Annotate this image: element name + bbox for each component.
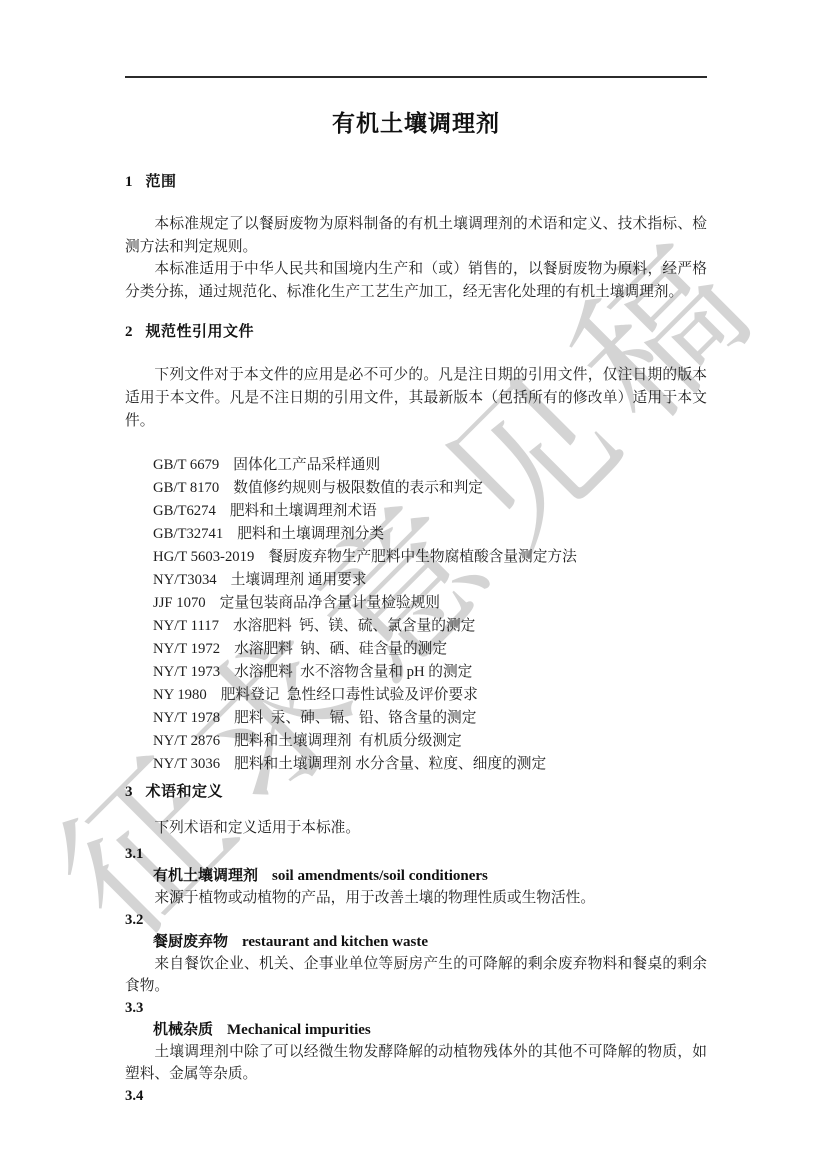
- reference-item: GB/T32741肥料和土壤调理剂分类: [153, 523, 707, 546]
- reference-title: 肥料登记 急性经口毒性试验及评价要求: [221, 687, 478, 703]
- reference-item: GB/T 8170数值修约规则与极限数值的表示和判定: [153, 477, 707, 500]
- term-name-en: Mechanical impurities: [227, 1022, 371, 1038]
- section-1-heading: 1范围: [125, 171, 707, 193]
- reference-title: 餐厨废弃物生产肥料中生物腐植酸含量测定方法: [268, 549, 576, 565]
- reference-code: NY/T 3036: [153, 756, 220, 772]
- reference-code: GB/T 6679: [153, 457, 219, 473]
- reference-title: 数值修约规则与极限数值的表示和判定: [233, 480, 483, 496]
- term-number: 3.2: [125, 909, 707, 931]
- reference-item: NY/T 1117水溶肥料 钙、镁、硫、氯含量的测定: [153, 615, 707, 638]
- reference-code: HG/T 5603-2019: [153, 549, 254, 565]
- reference-title: 定量包装商品净含量计量检验规则: [220, 595, 440, 611]
- reference-item: GB/T6274肥料和土壤调理剂术语: [153, 500, 707, 523]
- section-3-intro: 下列术语和定义适用于本标准。: [125, 817, 707, 840]
- section-3-number: 3: [125, 784, 133, 800]
- term-number: 3.3: [125, 997, 707, 1019]
- term-name-zh: 餐厨废弃物: [153, 933, 228, 950]
- reference-title: 固体化工产品采样通则: [233, 457, 380, 473]
- section-1-paragraph: 本标准规定了以餐厨废物为原料制备的有机土壤调理剂的术语和定义、技术指标、检测方法…: [125, 213, 707, 258]
- header-rule: [125, 76, 707, 78]
- reference-code: NY/T 1973: [153, 664, 220, 680]
- section-2-intro: 下列文件对于本文件的应用是必不可少的。凡是注日期的引用文件，仅注日期的版本适用于…: [125, 364, 707, 432]
- reference-item: GB/T 6679固体化工产品采样通则: [153, 454, 707, 477]
- section-3-label: 术语和定义: [146, 783, 224, 800]
- term-block: 3.3机械杂质Mechanical impurities土壤调理剂中除了可以经微…: [125, 997, 707, 1085]
- term-name-en: restaurant and kitchen waste: [242, 934, 428, 950]
- term-block: 3.2餐厨废弃物restaurant and kitchen waste来自餐饮…: [125, 909, 707, 997]
- reference-item: HG/T 5603-2019餐厨废弃物生产肥料中生物腐植酸含量测定方法: [153, 546, 707, 569]
- reference-title: 肥料 汞、砷、镉、铅、铬含量的测定: [234, 710, 476, 726]
- reference-code: GB/T32741: [153, 526, 223, 542]
- term-name-en: soil amendments/soil conditioners: [272, 868, 488, 884]
- term-number: 3.4: [125, 1085, 707, 1107]
- references-list: GB/T 6679固体化工产品采样通则GB/T 8170数值修约规则与极限数值的…: [125, 454, 707, 776]
- term-block: 3.1有机土壤调理剂soil amendments/soil condition…: [125, 843, 707, 909]
- reference-code: NY/T3034: [153, 572, 217, 588]
- section-2-number: 2: [125, 324, 133, 340]
- section-2-label: 规范性引用文件: [146, 323, 255, 340]
- reference-item: NY/T 3036肥料和土壤调理剂 水分含量、粒度、细度的测定: [153, 753, 707, 776]
- term-heading: 餐厨废弃物restaurant and kitchen waste: [125, 931, 707, 953]
- reference-code: NY 1980: [153, 687, 207, 703]
- reference-title: 水溶肥料 钙、镁、硫、氯含量的测定: [233, 618, 475, 634]
- section-1-paragraph: 本标准适用于中华人民共和国境内生产和（或）销售的，以餐厨废物为原料，经严格分类分…: [125, 258, 707, 303]
- reference-item: NY/T3034土壤调理剂 通用要求: [153, 569, 707, 592]
- reference-title: 肥料和土壤调理剂术语: [230, 503, 377, 519]
- reference-title: 肥料和土壤调理剂 水分含量、粒度、细度的测定: [234, 756, 546, 772]
- reference-title: 肥料和土壤调理剂分类: [237, 526, 384, 542]
- section-2-heading: 2规范性引用文件: [125, 321, 707, 343]
- term-definition: 土壤调理剂中除了可以经微生物发酵降解的动植物残体外的其他不可降解的物质，如塑料、…: [125, 1041, 707, 1085]
- terms-list: 3.1有机土壤调理剂soil amendments/soil condition…: [125, 843, 707, 1107]
- reference-code: NY/T 2876: [153, 733, 220, 749]
- reference-code: NY/T 1972: [153, 641, 220, 657]
- reference-title: 肥料和土壤调理剂 有机质分级测定: [234, 733, 462, 749]
- reference-item: NY/T 1973水溶肥料 水不溶物含量和 pH 的测定: [153, 661, 707, 684]
- reference-code: NY/T 1978: [153, 710, 220, 726]
- reference-title: 土壤调理剂 通用要求: [231, 572, 367, 588]
- term-definition: 来源于植物或动植物的产品，用于改善土壤的物理性质或生物活性。: [125, 887, 707, 909]
- reference-item: NY/T 1972水溶肥料 钠、硒、硅含量的测定: [153, 638, 707, 661]
- term-definition: 来自餐饮企业、机关、企事业单位等厨房产生的可降解的剩余废弃物料和餐桌的剩余食物。: [125, 953, 707, 997]
- reference-item: NY/T 1978肥料 汞、砷、镉、铅、铬含量的测定: [153, 707, 707, 730]
- document-title: 有机土壤调理剂: [125, 109, 707, 137]
- reference-item: NY/T 2876肥料和土壤调理剂 有机质分级测定: [153, 730, 707, 753]
- term-number: 3.1: [125, 843, 707, 865]
- reference-code: JJF 1070: [153, 595, 206, 611]
- section-1-label: 范围: [146, 173, 177, 190]
- reference-code: NY/T 1117: [153, 618, 219, 634]
- section-3-heading: 3术语和定义: [125, 781, 707, 803]
- reference-item: JJF 1070定量包装商品净含量计量检验规则: [153, 592, 707, 615]
- term-heading: 机械杂质Mechanical impurities: [125, 1019, 707, 1041]
- reference-code: GB/T 8170: [153, 480, 219, 496]
- reference-title: 水溶肥料 水不溶物含量和 pH 的测定: [234, 664, 472, 680]
- reference-item: NY 1980肥料登记 急性经口毒性试验及评价要求: [153, 684, 707, 707]
- term-heading: 有机土壤调理剂soil amendments/soil conditioners: [125, 865, 707, 887]
- reference-title: 水溶肥料 钠、硒、硅含量的测定: [234, 641, 447, 657]
- page-content: 有机土壤调理剂 1范围 本标准规定了以餐厨废物为原料制备的有机土壤调理剂的术语和…: [125, 0, 707, 1107]
- term-block: 3.4: [125, 1085, 707, 1107]
- section-1-number: 1: [125, 174, 133, 190]
- reference-code: GB/T6274: [153, 503, 216, 519]
- term-name-zh: 有机土壤调理剂: [153, 867, 258, 884]
- term-name-zh: 机械杂质: [153, 1021, 213, 1038]
- document-page: 征求意见稿 有机土壤调理剂 1范围 本标准规定了以餐厨废物为原料制备的有机土壤调…: [0, 0, 826, 1169]
